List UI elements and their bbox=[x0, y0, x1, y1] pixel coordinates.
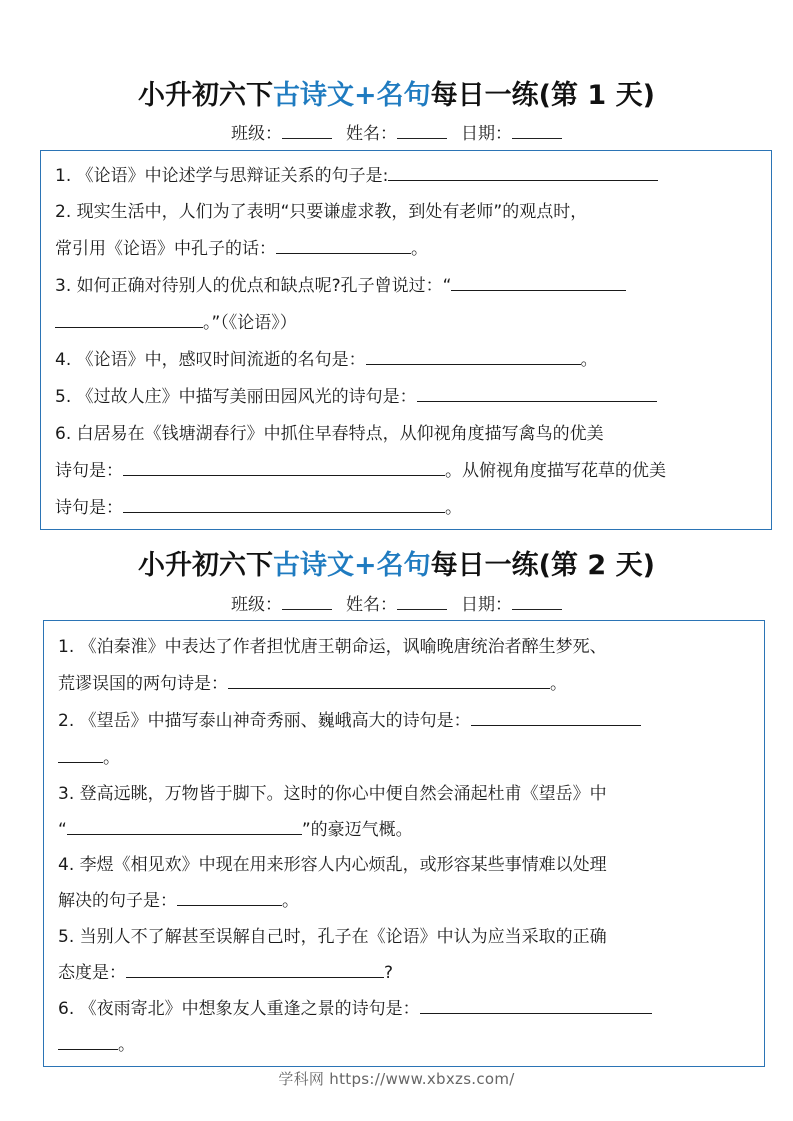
answer-blank[interactable] bbox=[126, 962, 384, 978]
question-text: 1. 《泊秦淮》中表达了作者担忧唐王朝命运，讽喻晚唐统治者醉生梦死、 bbox=[58, 637, 607, 657]
day1-question-4: 4. 《论语》中，感叹时间流逝的名句是：。 bbox=[55, 342, 598, 379]
day2-question-4-line2: 解决的句子是：。 bbox=[58, 883, 299, 920]
question-text: 3. 如何正确对待别人的优点和缺点呢?孔子曾说过：“ bbox=[55, 276, 451, 296]
question-text: 3. 登高远眺，万物皆于脚下。这时的你心中便自然会涌起杜甫《望岳》中 bbox=[58, 784, 607, 804]
question-text: 2. 现实生活中，人们为了表明“只要谦虚求教，到处有老师”的观点时， bbox=[55, 202, 587, 222]
day1-question-2: 2. 现实生活中，人们为了表明“只要谦虚求教，到处有老师”的观点时， bbox=[55, 194, 587, 231]
name-field[interactable] bbox=[397, 124, 447, 139]
question-text: 荒谬误国的两句诗是： bbox=[58, 674, 228, 694]
punctuation: 。 bbox=[103, 748, 120, 768]
day2-question-3-line2: “”的豪迈气概。 bbox=[58, 812, 413, 849]
punctuation: 。 bbox=[282, 891, 299, 911]
day1-question-1: 1. 《论语》中论述学与思辩证关系的句子是: bbox=[55, 158, 658, 195]
day1-question-3-line2: 。”（《论语》） bbox=[55, 305, 297, 342]
day1-question-6-line2: 诗句是：。从俯视角度描写花草的优美 bbox=[55, 453, 666, 490]
answer-blank[interactable] bbox=[366, 349, 581, 365]
answer-blank[interactable] bbox=[55, 312, 203, 328]
answer-blank[interactable] bbox=[276, 238, 411, 254]
question-text: 1. 《论语》中论述学与思辩证关系的句子是: bbox=[55, 166, 388, 186]
question-text: 。从俯视角度描写花草的优美 bbox=[445, 461, 666, 481]
punctuation: ? bbox=[384, 963, 393, 983]
punctuation: 。 bbox=[550, 674, 567, 694]
answer-blank[interactable] bbox=[451, 275, 626, 291]
day1-question-5: 5. 《过故人庄》中描写美丽田园风光的诗句是： bbox=[55, 379, 657, 416]
question-text: 5. 当别人不了解甚至误解自己时，孔子在《论语》中认为应当采取的正确 bbox=[58, 927, 607, 947]
question-text: 常引用《论语》中孔子的话： bbox=[55, 239, 276, 259]
answer-blank[interactable] bbox=[123, 460, 445, 476]
class-field[interactable] bbox=[282, 595, 332, 610]
answer-blank[interactable] bbox=[388, 165, 658, 181]
question-text: 6. 《夜雨寄北》中想象友人重逢之景的诗句是： bbox=[58, 999, 420, 1019]
title-suffix: 每日一练(第 1 天) bbox=[431, 80, 655, 111]
day1-question-3: 3. 如何正确对待别人的优点和缺点呢?孔子曾说过：“ bbox=[55, 268, 626, 305]
date-label: 日期： bbox=[461, 124, 512, 144]
day2-question-1: 1. 《泊秦淮》中表达了作者担忧唐王朝命运，讽喻晚唐统治者醉生梦死、 bbox=[58, 629, 607, 666]
day2-question-3: 3. 登高远眺，万物皆于脚下。这时的你心中便自然会涌起杜甫《望岳》中 bbox=[58, 776, 607, 813]
question-text: 。”（《论语》） bbox=[203, 313, 297, 333]
class-field[interactable] bbox=[282, 124, 332, 139]
day2-question-4: 4. 李煜《相见欢》中现在用来形容人内心烦乱，或形容某些事情难以处理 bbox=[58, 847, 607, 884]
day2-question-2: 2. 《望岳》中描写泰山神奇秀丽、巍峨高大的诗句是： bbox=[58, 703, 641, 740]
date-field[interactable] bbox=[512, 124, 562, 139]
answer-blank[interactable] bbox=[420, 998, 652, 1014]
punctuation: 。 bbox=[581, 350, 598, 370]
answer-blank[interactable] bbox=[471, 710, 641, 726]
day1-question-2-line2: 常引用《论语》中孔子的话：。 bbox=[55, 231, 428, 268]
title-highlight: 古诗文+名句 bbox=[273, 80, 431, 111]
name-field[interactable] bbox=[397, 595, 447, 610]
day1-question-box: 1. 《论语》中论述学与思辩证关系的句子是: 2. 现实生活中，人们为了表明“只… bbox=[40, 150, 772, 530]
day1-title: 小升初六下古诗文+名句每日一练(第 1 天) bbox=[0, 73, 793, 112]
name-label: 姓名： bbox=[346, 595, 397, 615]
name-label: 姓名： bbox=[346, 124, 397, 144]
day2-question-box: 1. 《泊秦淮》中表达了作者担忧唐王朝命运，讽喻晚唐统治者醉生梦死、 荒谬误国的… bbox=[43, 620, 765, 1067]
title-highlight: 古诗文+名句 bbox=[273, 550, 431, 581]
class-label: 班级： bbox=[231, 124, 282, 144]
title-prefix: 小升初六下 bbox=[138, 550, 273, 581]
day1-question-6-line3: 诗句是：。 bbox=[55, 490, 462, 527]
question-text: 2. 《望岳》中描写泰山神奇秀丽、巍峨高大的诗句是： bbox=[58, 711, 471, 731]
question-text: 解决的句子是： bbox=[58, 891, 177, 911]
punctuation: 。 bbox=[411, 239, 428, 259]
answer-blank[interactable] bbox=[228, 673, 550, 689]
question-text: 态度是： bbox=[58, 963, 126, 983]
day2-question-1-line2: 荒谬误国的两句诗是：。 bbox=[58, 666, 567, 703]
day2-question-6: 6. 《夜雨寄北》中想象友人重逢之景的诗句是： bbox=[58, 991, 652, 1028]
punctuation: 。 bbox=[445, 498, 462, 518]
question-text: 诗句是： bbox=[55, 461, 123, 481]
day2-meta-row: 班级：姓名：日期： bbox=[0, 590, 793, 615]
day1-meta-row: 班级：姓名：日期： bbox=[0, 119, 793, 144]
answer-blank[interactable] bbox=[58, 1034, 118, 1050]
punctuation: “ bbox=[58, 820, 67, 840]
day2-question-2-line2: 。 bbox=[58, 740, 120, 777]
date-label: 日期： bbox=[461, 595, 512, 615]
question-text: ”的豪迈气概。 bbox=[302, 820, 413, 840]
answer-blank[interactable] bbox=[177, 890, 282, 906]
answer-blank[interactable] bbox=[58, 747, 103, 763]
day2-question-5-line2: 态度是：? bbox=[58, 955, 393, 992]
question-text: 5. 《过故人庄》中描写美丽田园风光的诗句是： bbox=[55, 387, 417, 407]
footer-watermark: 学科网 https://www.xbxzs.com/ bbox=[0, 1068, 793, 1089]
title-suffix: 每日一练(第 2 天) bbox=[431, 550, 655, 581]
question-text: 诗句是： bbox=[55, 498, 123, 518]
day2-question-5: 5. 当别人不了解甚至误解自己时，孔子在《论语》中认为应当采取的正确 bbox=[58, 919, 607, 956]
day2-question-6-line2: 。 bbox=[58, 1027, 135, 1064]
title-prefix: 小升初六下 bbox=[138, 80, 273, 111]
question-text: 4. 李煜《相见欢》中现在用来形容人内心烦乱，或形容某些事情难以处理 bbox=[58, 855, 607, 875]
class-label: 班级： bbox=[231, 595, 282, 615]
day2-title: 小升初六下古诗文+名句每日一练(第 2 天) bbox=[0, 543, 793, 582]
punctuation: 。 bbox=[118, 1035, 135, 1055]
date-field[interactable] bbox=[512, 595, 562, 610]
day1-question-6: 6. 白居易在《钱塘湖春行》中抓住早春特点，从仰视角度描写禽鸟的优美 bbox=[55, 416, 604, 453]
question-text: 6. 白居易在《钱塘湖春行》中抓住早春特点，从仰视角度描写禽鸟的优美 bbox=[55, 424, 604, 444]
question-text: 4. 《论语》中，感叹时间流逝的名句是： bbox=[55, 350, 366, 370]
answer-blank[interactable] bbox=[123, 497, 445, 513]
answer-blank[interactable] bbox=[417, 386, 657, 402]
answer-blank[interactable] bbox=[67, 819, 302, 835]
